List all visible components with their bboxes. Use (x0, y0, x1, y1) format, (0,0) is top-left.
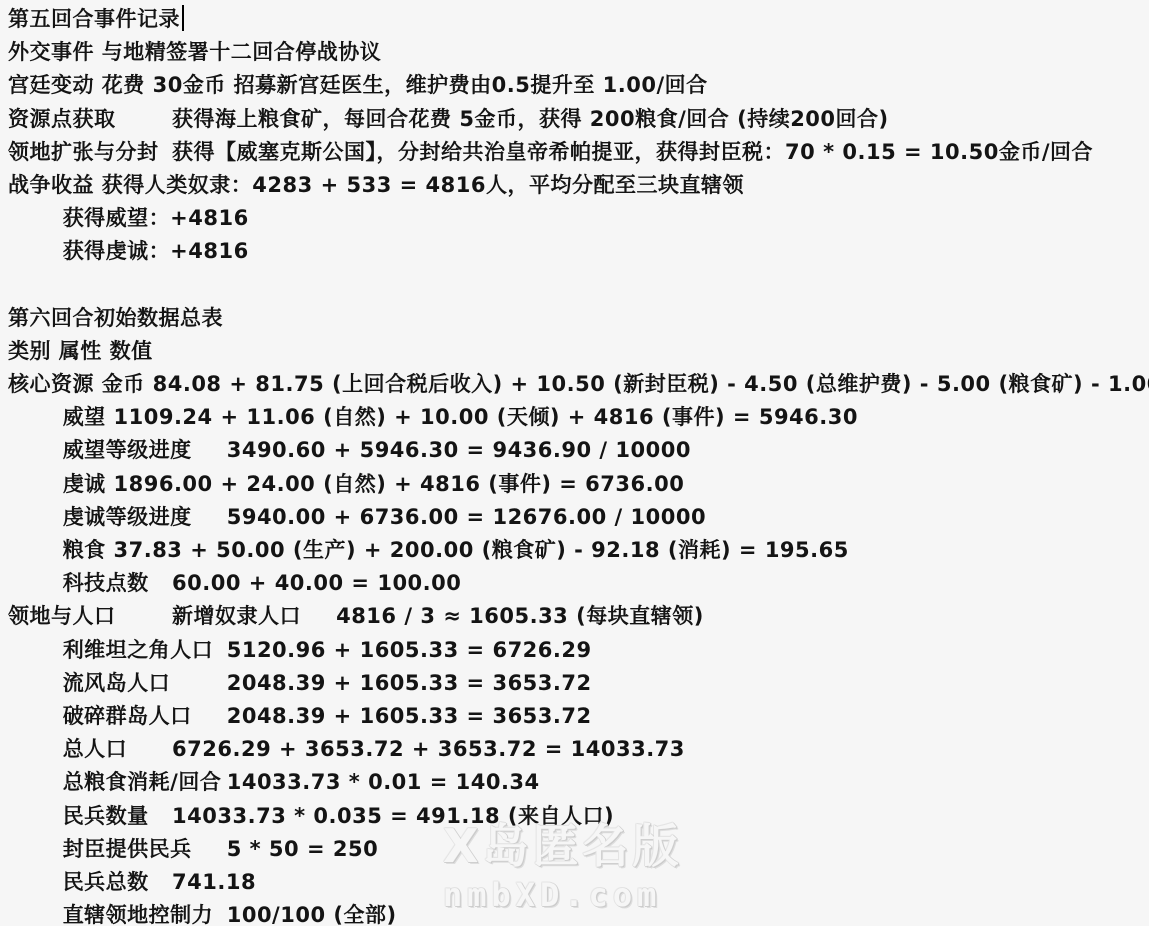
text-line: 领地扩张与分封 获得【威塞克斯公国】，分封给共治皇帝希帕提亚，获得封臣税：70 … (8, 136, 1149, 169)
text-line-content: 威望等级进度 3490.60 + 5946.30 = 9436.90 / 100… (8, 438, 691, 462)
text-line-content: 民兵总数 741.18 (8, 870, 256, 894)
text-line-content: 封臣提供民兵 5 * 50 = 250 (8, 837, 378, 861)
text-line-content: 战争收益 获得人类奴隶：4283 + 533 = 4816人，平均分配至三块直辖… (8, 173, 744, 197)
text-line: 获得虔诚：+4816 (8, 235, 1149, 268)
text-line: 虔诚 1896.00 + 24.00 (自然) + 4816 (事件) = 67… (8, 468, 1149, 501)
text-line-content: 直辖领地控制力 100/100 (全部) (8, 903, 397, 926)
text-line: 流风岛人口 2048.39 + 1605.33 = 3653.72 (8, 667, 1149, 700)
text-line-content: 第六回合初始数据总表 (8, 306, 223, 330)
text-line: 获得威望：+4816 (8, 202, 1149, 235)
watermark-site-name: X岛匿名版 (443, 818, 682, 874)
text-line: 第六回合初始数据总表 (8, 302, 1149, 335)
text-line-content: 总人口 6726.29 + 3653.72 + 3653.72 = 14033.… (8, 737, 685, 761)
text-line: 宫廷变动 花费 30金币 招募新宫廷医生，维护费由0.5提升至 1.00/回合 (8, 69, 1149, 102)
text-line-content: 资源点获取 获得海上粮食矿，每回合花费 5金币，获得 200粮食/回合 (持续2… (8, 107, 889, 131)
text-line: 类别 属性 数值 (8, 335, 1149, 368)
text-line-content: 科技点数 60.00 + 40.00 = 100.00 (8, 571, 461, 595)
text-line-content: 流风岛人口 2048.39 + 1605.33 = 3653.72 (8, 671, 592, 695)
text-line-content: 宫廷变动 花费 30金币 招募新宫廷医生，维护费由0.5提升至 1.00/回合 (8, 73, 708, 97)
text-line: 利维坦之角人口 5120.96 + 1605.33 = 6726.29 (8, 634, 1149, 667)
text-line: 领地与人口 新增奴隶人口 4816 / 3 ≈ 1605.33 (每块直辖领) (8, 600, 1149, 633)
text-line-content: 粮食 37.83 + 50.00 (生产) + 200.00 (粮食矿) - 9… (8, 538, 849, 562)
text-line-content: 获得虔诚：+4816 (8, 239, 249, 263)
text-line-content: 虔诚 1896.00 + 24.00 (自然) + 4816 (事件) = 67… (8, 472, 684, 496)
text-line-content: 威望 1109.24 + 11.06 (自然) + 10.00 (天倾) + 4… (8, 405, 858, 429)
text-line: 科技点数 60.00 + 40.00 = 100.00 (8, 567, 1149, 600)
text-line-content: 获得威望：+4816 (8, 206, 249, 230)
text-line: 资源点获取 获得海上粮食矿，每回合花费 5金币，获得 200粮食/回合 (持续2… (8, 103, 1149, 136)
text-line-content: 类别 属性 数值 (8, 339, 153, 363)
text-line-content: 第五回合事件记录 (8, 7, 180, 31)
text-line: 破碎群岛人口 2048.39 + 1605.33 = 3653.72 (8, 700, 1149, 733)
text-line (8, 269, 1149, 302)
text-line-content: 利维坦之角人口 5120.96 + 1605.33 = 6726.29 (8, 638, 592, 662)
text-line-content: 总粮食消耗/回合 14033.73 * 0.01 = 140.34 (8, 770, 540, 794)
text-line-content: 领地扩张与分封 获得【威塞克斯公国】，分封给共治皇帝希帕提亚，获得封臣税：70 … (8, 140, 1093, 164)
text-line: 总粮食消耗/回合 14033.73 * 0.01 = 140.34 (8, 766, 1149, 799)
document-text-area[interactable]: 第五回合事件记录外交事件 与地精签署十二回合停战协议宫廷变动 花费 30金币 招… (0, 0, 1149, 926)
text-line: 战争收益 获得人类奴隶：4283 + 533 = 4816人，平均分配至三块直辖… (8, 169, 1149, 202)
watermark: X岛匿名版 nmbXD.com (443, 818, 682, 914)
text-line: 粮食 37.83 + 50.00 (生产) + 200.00 (粮食矿) - 9… (8, 534, 1149, 567)
text-line: 威望等级进度 3490.60 + 5946.30 = 9436.90 / 100… (8, 434, 1149, 467)
text-line: 虔诚等级进度 5940.00 + 6736.00 = 12676.00 / 10… (8, 501, 1149, 534)
text-line-content: 外交事件 与地精签署十二回合停战协议 (8, 40, 381, 64)
text-line: 第五回合事件记录 (8, 3, 1149, 36)
text-line-content: 虔诚等级进度 5940.00 + 6736.00 = 12676.00 / 10… (8, 505, 706, 529)
text-line-content: 核心资源 金币 84.08 + 81.75 (上回合税后收入) + 10.50 … (8, 372, 1149, 396)
text-line: 威望 1109.24 + 11.06 (自然) + 10.00 (天倾) + 4… (8, 401, 1149, 434)
text-line: 核心资源 金币 84.08 + 81.75 (上回合税后收入) + 10.50 … (8, 368, 1149, 401)
text-cursor (182, 5, 184, 31)
text-line: 总人口 6726.29 + 3653.72 + 3653.72 = 14033.… (8, 733, 1149, 766)
watermark-site-domain: nmbXD.com (443, 876, 682, 914)
text-line-content: 领地与人口 新增奴隶人口 4816 / 3 ≈ 1605.33 (每块直辖领) (8, 604, 704, 628)
text-line: 外交事件 与地精签署十二回合停战协议 (8, 36, 1149, 69)
text-line-content: 破碎群岛人口 2048.39 + 1605.33 = 3653.72 (8, 704, 592, 728)
